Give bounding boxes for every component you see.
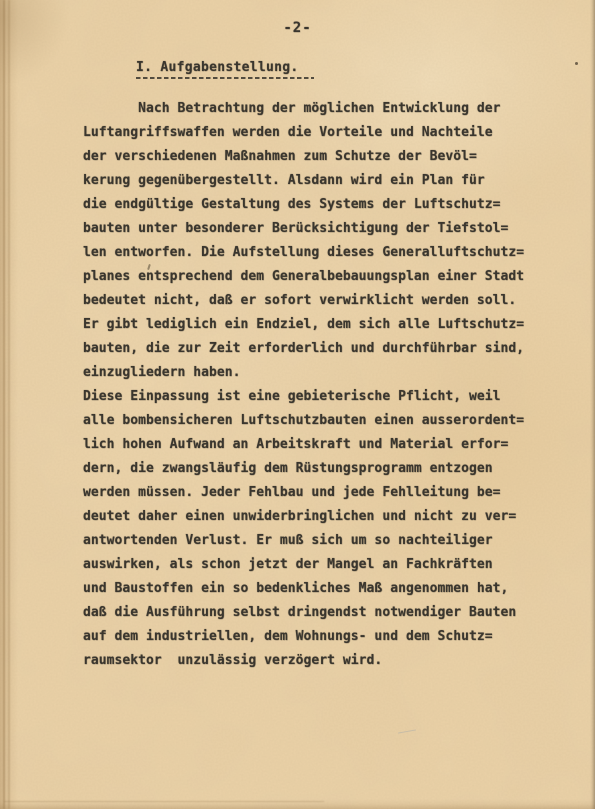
paper-sheet: -2- I. Aufgabenstellung. Nach Betrachtun… [0,0,595,809]
body-text: Nach Betrachtung der möglichen Entwicklu… [83,97,524,673]
bottom-crease-line [4,801,324,802]
left-crease-line [3,0,5,809]
ink-speck [575,62,578,65]
section-heading: I. Aufgabenstellung. [136,59,299,76]
left-crease-line-2 [8,0,10,809]
right-edge-shadow [590,0,595,809]
page-number: -2- [0,20,595,36]
paper-scratch [398,729,416,733]
heading-dashed-underline [136,77,314,79]
